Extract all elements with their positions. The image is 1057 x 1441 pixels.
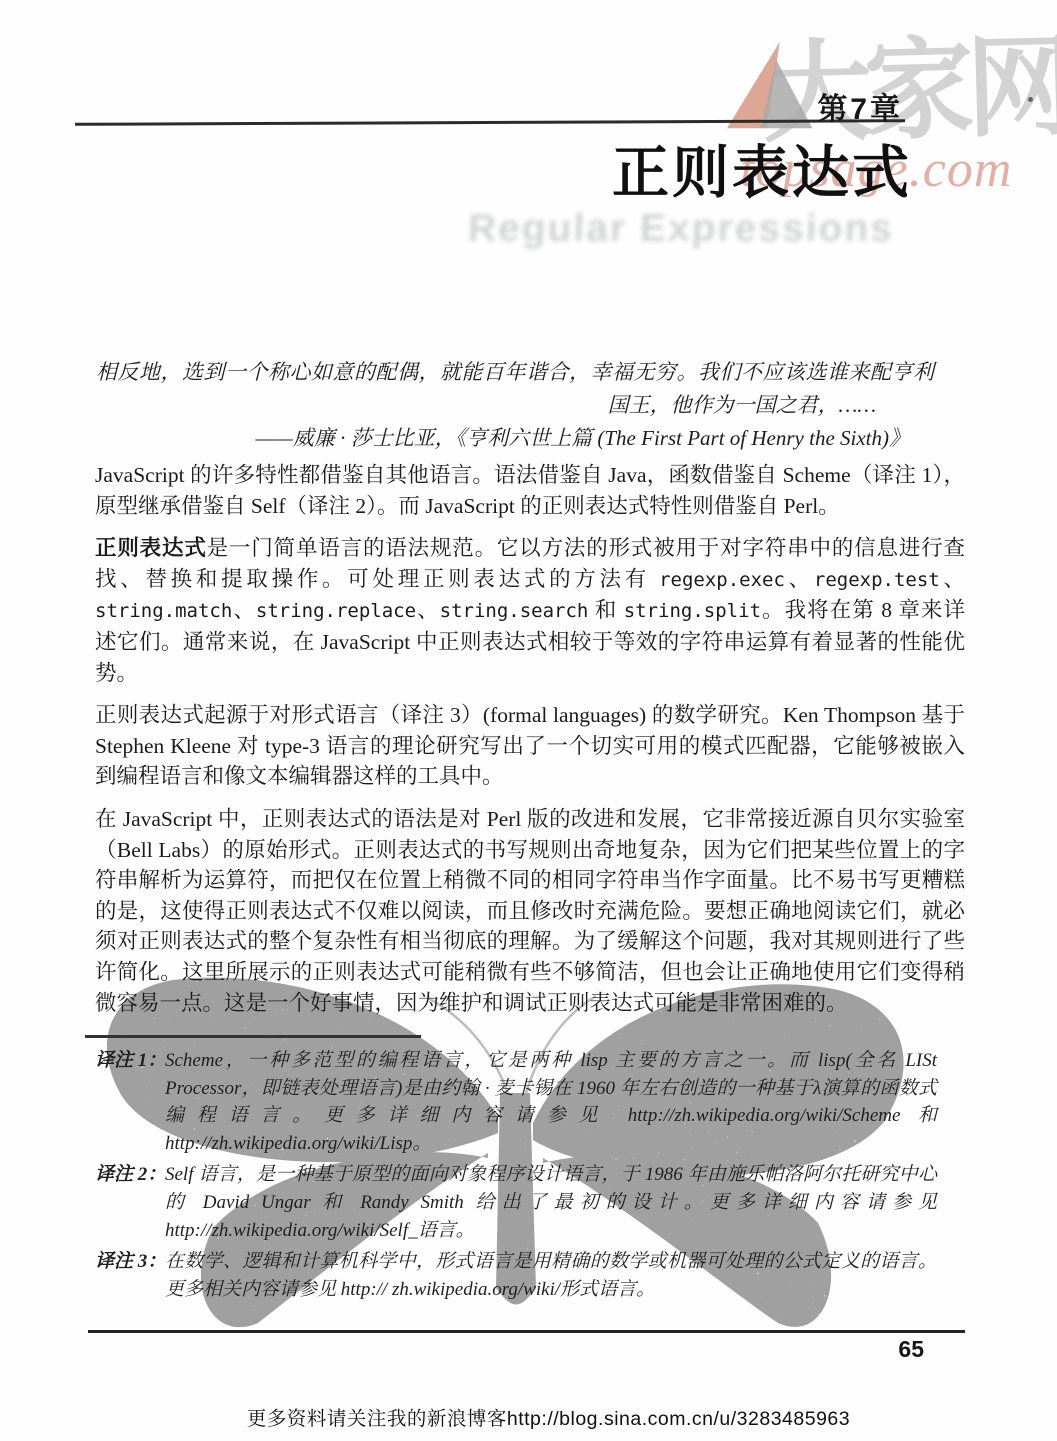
paragraph-intro: JavaScript 的许多特性都借鉴自其他语言。语法借鉴自 Java，函数借鉴…: [95, 460, 965, 521]
footnote-2: 译注 2： Self 语言，是一种基于原型的面向对象程序设计语言，于 1986 …: [95, 1161, 937, 1244]
footnote-separator: [85, 1035, 421, 1038]
chapter-label: 第7章: [817, 84, 903, 128]
epigraph-line: 相反地，选到一个称心如意的配偶，就能百年谐合，幸福无穷。我们不应该选谁来配亨利: [96, 356, 934, 389]
body-text: JavaScript 的许多特性都借鉴自其他语言。语法借鉴自 Java，函数借鉴…: [95, 460, 965, 1030]
footnotes: 译注 1： Scheme，一种多范型的编程语言，它是两种 lisp 主要的方言之…: [95, 1047, 937, 1307]
paragraph-history: 正则表达式起源于对形式语言（译注 3）(formal languages) 的数…: [95, 700, 965, 792]
epigraph-attribution: ——威廉 · 莎士比亚，《亨利六世上篇 (The First Part of H…: [96, 422, 934, 455]
footer-blog-note: 更多资料请关注我的新浪博客http://blog.sina.com.cn/u/3…: [0, 1403, 1057, 1431]
scan-artifact-dot: [1028, 97, 1033, 102]
ghost-english-title: Regular Expressions: [467, 207, 895, 251]
footnote-label: 译注 1：: [95, 1047, 166, 1075]
epigraph: 相反地，选到一个称心如意的配偶，就能百年谐合，幸福无穷。我们不应该选谁来配亨利 …: [96, 356, 934, 455]
footnote-1: 译注 1： Scheme，一种多范型的编程语言，它是两种 lisp 主要的方言之…: [95, 1047, 937, 1157]
footnote-label: 译注 2：: [95, 1161, 166, 1189]
paragraph-regexp-methods: 正则表达式是一门简单语言的语法规范。它以方法的形式被用于对字符串中的信息进行查找…: [95, 533, 965, 688]
footnote-text: Scheme，一种多范型的编程语言，它是两种 lisp 主要的方言之一。而 li…: [165, 1050, 937, 1154]
watermark-sail-logo-icon: [727, 40, 815, 130]
footnote-label: 译注 3：: [95, 1248, 166, 1276]
paragraph-syntax-complexity: 在 JavaScript 中，正则表达式的语法是对 Perl 版的改进和发展，它…: [95, 804, 965, 1018]
page-title: 正则表达式: [612, 127, 912, 209]
scanned-book-page: 大家网 topsage.com 第7章 正则表达式 Regular Expres…: [0, 0, 1057, 1441]
page-number: 65: [898, 1336, 924, 1363]
footnote-3: 译注 3： 在数学、逻辑和计算机科学中，形式语言是用精确的数学或机器可处理的公式…: [95, 1248, 937, 1303]
footnote-text: Self 语言，是一种基于原型的面向对象程序设计语言，于 1986 年由施乐帕洛…: [165, 1164, 937, 1240]
footnote-text: 在数学、逻辑和计算机科学中，形式语言是用精确的数学或机器可处理的公式定义的语言。…: [165, 1251, 937, 1300]
epigraph-line: 国王，他作为一国之君，……: [96, 389, 934, 422]
footer-rule: [88, 1330, 965, 1333]
